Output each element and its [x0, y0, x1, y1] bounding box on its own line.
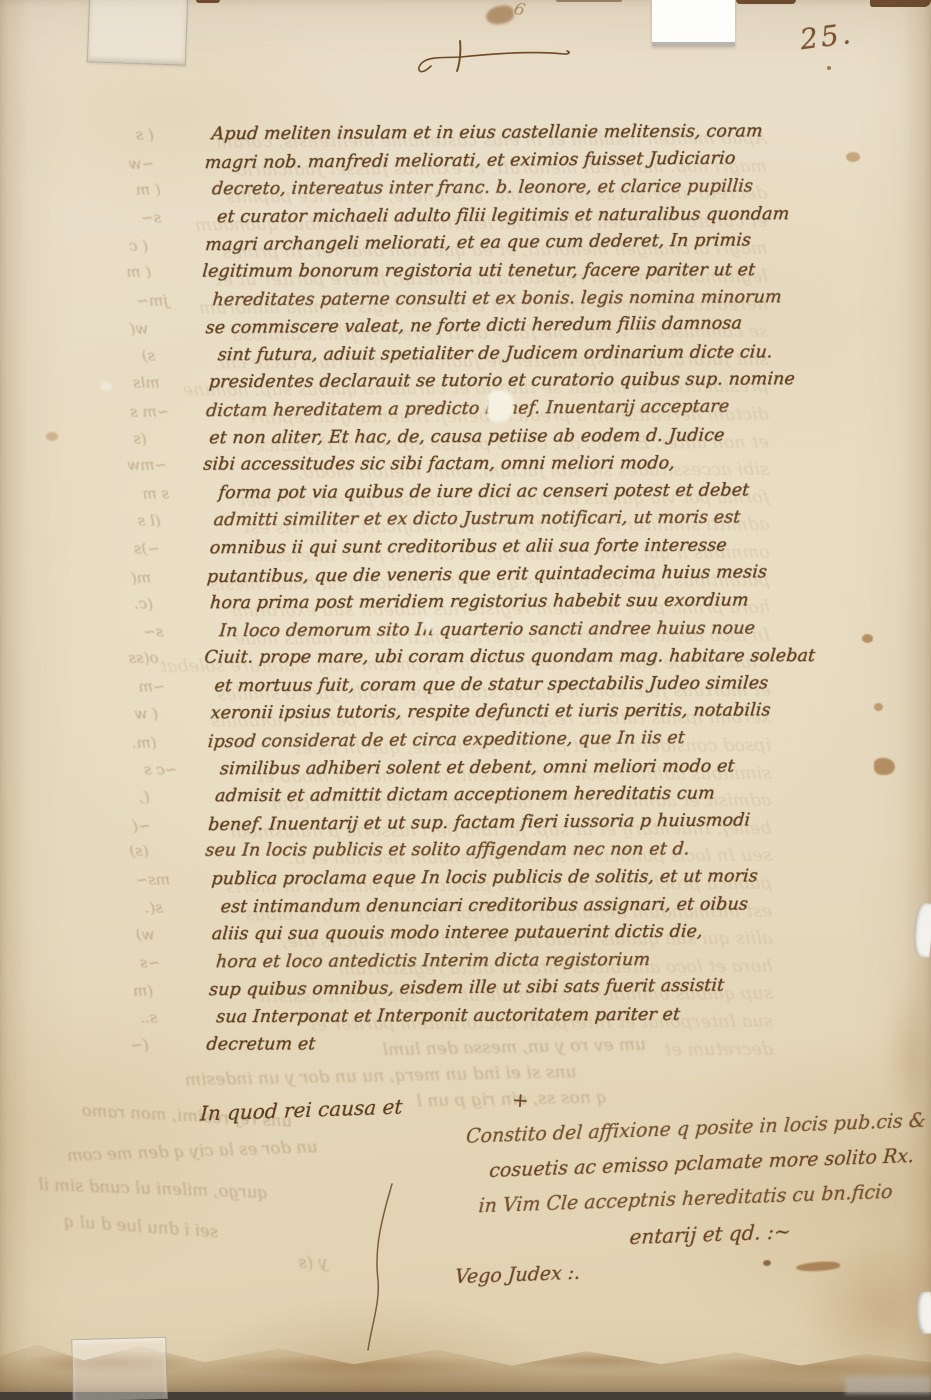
margin-bleed-mark: o(ss	[122, 649, 204, 667]
foxing-stain	[846, 152, 860, 162]
paper-loss-patch	[100, 382, 112, 391]
margin-bleed-mark: ~(	[126, 816, 208, 835]
page-edge-shadow	[556, 0, 622, 2]
margin-bleed-mark: s m	[136, 484, 218, 502]
line-text: se commiscere valeat, ne forte dicti her…	[205, 314, 743, 339]
margin-bleed-mark: ~c s	[138, 760, 220, 778]
line-text: admisit et admittit dictam acceptionem h…	[214, 784, 715, 807]
line-text: decreto, intereatus inter franc. b. leon…	[211, 177, 754, 200]
margin-bleed-mark: mls	[127, 374, 209, 392]
tape-top-left	[87, 0, 188, 66]
line-text: sua Interponat et Interponit auctoritate…	[215, 1005, 681, 1027]
manuscript-line: (l sadmitti similiter et ex dicto Justru…	[132, 508, 792, 539]
foxing-stain	[46, 432, 58, 441]
plus-cross-mark: +	[511, 1087, 529, 1112]
line-text: xeronii ipsius tutoris, respite defuncti…	[210, 701, 772, 724]
line-text: aliis qui sua quouis modo interee putaue…	[211, 922, 704, 945]
line-text: hora prima post meridiem registorius hab…	[209, 591, 749, 614]
line-text: et curator michaeli adulto filii legitim…	[216, 204, 790, 227]
line-text: ipsod considerat de et circa expeditione…	[207, 728, 686, 752]
torn-corner-highlight	[845, 1376, 931, 1394]
margin-bleed-mark: (c.	[128, 594, 210, 612]
line-text: dictam hereditatem a predicto benef. Inu…	[205, 397, 730, 422]
folio-number: 25.	[798, 17, 855, 56]
line-text: sint futura, adiuit spetialiter de Judic…	[217, 342, 773, 365]
margin-bleed-mark: ~w	[123, 154, 205, 173]
manuscript-line: ( cmagri archangeli meliorati, et ea que…	[123, 231, 783, 264]
margin-bleed-mark: w(	[124, 319, 206, 338]
manuscript-line: w)aliis qui sua quouis modo interee puta…	[130, 921, 790, 952]
margin-bleed-mark: ( m	[130, 180, 212, 198]
edge-tear-notch	[911, 902, 931, 958]
manuscript-line: ~c ssimilibus adhiberi solent et debent,…	[138, 756, 798, 787]
manuscript-line: (s)seu In locis publicis et solito affig…	[123, 840, 783, 869]
margin-bleed-mark: s~	[135, 208, 217, 226]
margin-bleed-mark: w)	[130, 926, 212, 944]
margin-bleed-mark: ~)s	[128, 539, 210, 557]
edge-stain	[886, 985, 931, 1125]
margin-bleed-mark: m(	[125, 568, 207, 587]
line-text: magri archangeli meliorati, et ea que cu…	[204, 231, 751, 256]
margin-bleed-mark: (l s	[132, 512, 214, 530]
manuscript-line: o(ssCiuit. prope mare, ubi coram dictus …	[122, 646, 782, 675]
margin-bleed-mark: ~m s	[124, 402, 206, 421]
line-text: hora et loco antedictis Interim dicta re…	[215, 950, 651, 972]
margin-bleed-mark: s~	[137, 622, 219, 640]
margin-bleed-mark: ~s	[134, 953, 216, 971]
manuscript-line: ~(benef. Inuentarij et ut sup. factam fi…	[126, 810, 786, 843]
margin-bleed-mark: s)	[136, 346, 218, 364]
manuscript-line: s~In loco demorum sito In quarterio sanc…	[137, 618, 797, 649]
manuscript-line: ~)somnibus ii qui sunt creditoribus et a…	[128, 535, 788, 566]
manuscript-scan: ( sApud meliten insulam et in eius caste…	[0, 0, 931, 1400]
manuscript-line: (set non aliter, Et hac, de, causa petii…	[127, 425, 787, 456]
manuscript-line: ms~publica proclama eque In locis public…	[129, 866, 789, 897]
manuscript-page: ( sApud meliten insulam et in eius caste…	[0, 0, 931, 1392]
manuscript-line: s..sua Interponat et Interponit auctorit…	[134, 1004, 794, 1035]
manuscript-line: ~m sdictam hereditatem a predicto benef.…	[124, 396, 784, 429]
manuscript-line: s mforma pot via quibus de iure dici ac …	[136, 480, 796, 511]
line-text: legitimum bonorum registoria uti tenetur…	[201, 260, 756, 281]
line-text: forma pot via quibus de iure dici ac cen…	[218, 480, 750, 503]
margin-bleed-mark: ( c	[123, 237, 205, 256]
foxing-stain	[874, 758, 895, 775]
margin-bleed-mark: ( w	[129, 705, 211, 723]
manuscript-line: ~mwsibi accessitudes sic sibi factam, om…	[121, 453, 781, 482]
manuscript-line: s(.est intimandum denunciari creditoribu…	[139, 894, 799, 925]
invocation-cross-icon	[415, 36, 575, 82]
page-edge-shadow	[870, 0, 931, 7]
margin-bleed-mark: ( s	[130, 125, 212, 143]
margin-bleed-mark: (s)	[123, 842, 205, 860]
margin-bleed-mark: ~mw	[121, 456, 203, 474]
stray-pen-stroke	[358, 1182, 408, 1354]
margin-bleed-mark: ms~	[129, 870, 211, 888]
margin-bleed-mark: s(.	[139, 898, 221, 916]
main-text-block: ( sApud meliten insulam et in eius caste…	[126, 121, 791, 1063]
line-text: similibus adhiberi solent et debent, omn…	[219, 756, 735, 779]
execution-note-block: Constito del affixione q posite in locis…	[449, 1110, 931, 1302]
manuscript-line: s)sint futura, adiuit spetialiter de Jud…	[136, 342, 796, 373]
line-text: et mortuus fuit, coram que de statur spe…	[214, 673, 769, 696]
line-text: admitti similiter et ex dicto Justrum no…	[213, 508, 741, 531]
manuscript-line: (c.hora prima post meridiem registorius …	[128, 590, 788, 621]
line-text: sibi accessitudes sic sibi factam, omni …	[202, 454, 675, 475]
line-text: et non aliter, Et hac, de, causa petiise…	[208, 425, 725, 448]
manuscript-line: (,admisit et admittit dictam acceptionem…	[133, 783, 793, 814]
manuscript-line: ~met mortuus fuit, coram que de statur s…	[132, 673, 792, 704]
paper-loss-patch	[423, 618, 434, 631]
ghost-line: y (s	[38, 1253, 328, 1290]
foxing-stain	[862, 634, 873, 643]
line-text: putantibus, que die veneris que erit qui…	[206, 562, 768, 587]
margin-bleed-mark: s..	[134, 1008, 216, 1026]
line-text: Ciuit. prope mare, ubi coram dictus quon…	[204, 646, 817, 668]
line-text: seu In locis publicis et solito affigend…	[205, 840, 691, 861]
line-text: omnibus ii qui sunt creditoribus et alii…	[209, 535, 728, 558]
foxing-stain	[874, 703, 883, 711]
margin-bleed-mark: jm~	[130, 291, 212, 309]
manuscript-line: ( mdecreto, intereatus inter franc. b. l…	[130, 176, 790, 207]
manuscript-line: ( sApud meliten insulam et in eius caste…	[130, 121, 790, 152]
line-text: est intimandum denunciari creditoribus a…	[220, 894, 749, 917]
margin-bleed-mark: (m.	[126, 733, 208, 752]
page-edge-shadow	[736, 0, 796, 4]
verso-ghost-column: uns rej resimi, mon ramoun dor es la ciy…	[38, 1105, 328, 1290]
ink-smudge	[485, 4, 515, 26]
page-edge-shadow	[196, 0, 220, 3]
tape-top-center	[652, 0, 735, 46]
line-text: Apud meliten insulam et in eius castella…	[211, 121, 764, 144]
faded-numeral: 6	[512, 0, 527, 21]
margin-bleed-mark: ( m	[120, 263, 202, 281]
margin-bleed-mark: ~m	[132, 677, 214, 695]
line-text: publica proclama eque In locis publicis …	[211, 866, 759, 889]
tape-bottom-left	[71, 1337, 168, 1400]
ink-dot	[827, 66, 831, 70]
manuscript-line: ( mlegitimum bonorum registoria uti tene…	[120, 260, 780, 289]
margin-bleed-mark: (s	[127, 429, 209, 447]
line-text: hereditates paterne consulti et ex bonis…	[212, 287, 783, 310]
line-text: benef. Inuentarij et ut sup. factam fier…	[207, 810, 751, 835]
line-text: sup quibus omnibus, eisdem ille ut sibi …	[208, 976, 725, 1001]
margin-bleed-mark: (,	[133, 788, 215, 806]
line-text: In loco demorum sito In quarterio sancti…	[218, 618, 755, 641]
line-text: magri nob. manfredi meliorati, et eximio…	[204, 148, 736, 173]
margin-bleed-mark: (m	[127, 982, 209, 1001]
